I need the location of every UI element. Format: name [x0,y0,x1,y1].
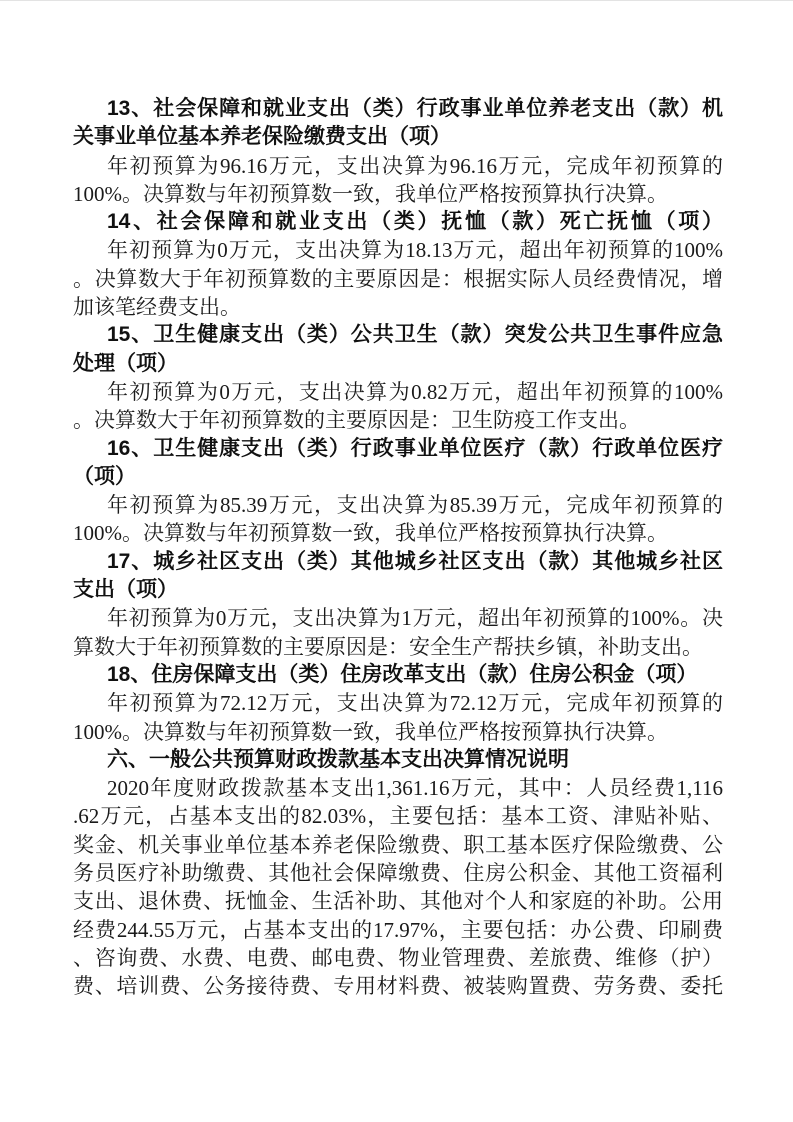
body-text-line: 加该笔经费支出。 [73,293,723,321]
body-text-line: 100%。决算数与年初预算数一致，我单位严格按预算执行决算。 [73,180,723,208]
section-heading-line: 14、社会保障和就业支出（类）抚恤（款）死亡抚恤（项） [73,208,723,236]
section-heading-line: 16、卫生健康支出（类）行政事业单位医疗（款）行政单位医疗 [73,435,723,463]
body-text-line: 。决算数大于年初预算数的主要原因是：卫生防疫工作支出。 [73,406,723,434]
body-text-line: 年初预算为0万元，支出决算为0.82万元，超出年初预算的100% [73,378,723,406]
section-heading-line: 处理（项） [73,350,723,378]
body-text-line: 年初预算为72.12万元，支出决算为72.12万元，完成年初预算的 [73,689,723,717]
body-text-line: 年初预算为96.16万元，支出决算为96.16万元，完成年初预算的 [73,152,723,180]
section-heading-line: 六、一般公共预算财政拨款基本支出决算情况说明 [73,746,723,774]
body-text-line: 奖金、机关事业单位基本养老保险缴费、职工基本医疗保险缴费、公 [73,831,723,859]
body-text-line: 年初预算为0万元，支出决算为18.13万元，超出年初预算的100% [73,236,723,264]
section-heading-line: 18、住房保障支出（类）住房改革支出（款）住房公积金（项） [73,661,723,689]
section-heading-line: 13、社会保障和就业支出（类）行政事业单位养老支出（款）机 [73,95,723,123]
body-text-line: 100%。决算数与年初预算数一致，我单位严格按预算执行决算。 [73,519,723,547]
section-heading-line: （项） [73,463,723,491]
body-text-line: 算数大于年初预算数的主要原因是：安全生产帮扶乡镇，补助支出。 [73,633,723,661]
body-text-line: 年初预算为85.39万元，支出决算为85.39万元，完成年初预算的 [73,491,723,519]
section-heading-line: 17、城乡社区支出（类）其他城乡社区支出（款）其他城乡社区 [73,548,723,576]
body-text-line: 务员医疗补助缴费、其他社会保障缴费、住房公积金、其他工资福利 [73,859,723,887]
document-page: 13、社会保障和就业支出（类）行政事业单位养老支出（款）机关事业单位基本养老保险… [0,0,793,1122]
document-content: 13、社会保障和就业支出（类）行政事业单位养老支出（款）机关事业单位基本养老保险… [73,95,723,1001]
body-text-line: 支出、退休费、抚恤金、生活补助、其他对个人和家庭的补助。公用 [73,887,723,915]
body-text-line: 100%。决算数与年初预算数一致，我单位严格按预算执行决算。 [73,718,723,746]
body-text-line: .62万元，占基本支出的82.03%，主要包括：基本工资、津贴补贴、 [73,802,723,830]
body-text-line: 、咨询费、水费、电费、邮电费、物业管理费、差旅费、维修（护） [73,944,723,972]
body-text-line: 。决算数大于年初预算数的主要原因是：根据实际人员经费情况，增 [73,265,723,293]
section-heading-line: 支出（项） [73,576,723,604]
section-heading-line: 15、卫生健康支出（类）公共卫生（款）突发公共卫生事件应急 [73,321,723,349]
body-text-line: 费、培训费、公务接待费、专用材料费、被装购置费、劳务费、委托 [73,972,723,1000]
body-text-line: 2020年度财政拨款基本支出1,361.16万元，其中：人员经费1,116 [73,774,723,802]
body-text-line: 经费244.55万元，占基本支出的17.97%，主要包括：办公费、印刷费 [73,916,723,944]
body-text-line: 年初预算为0万元，支出决算为1万元，超出年初预算的100%。决 [73,604,723,632]
section-heading-line: 关事业单位基本养老保险缴费支出（项） [73,123,723,151]
